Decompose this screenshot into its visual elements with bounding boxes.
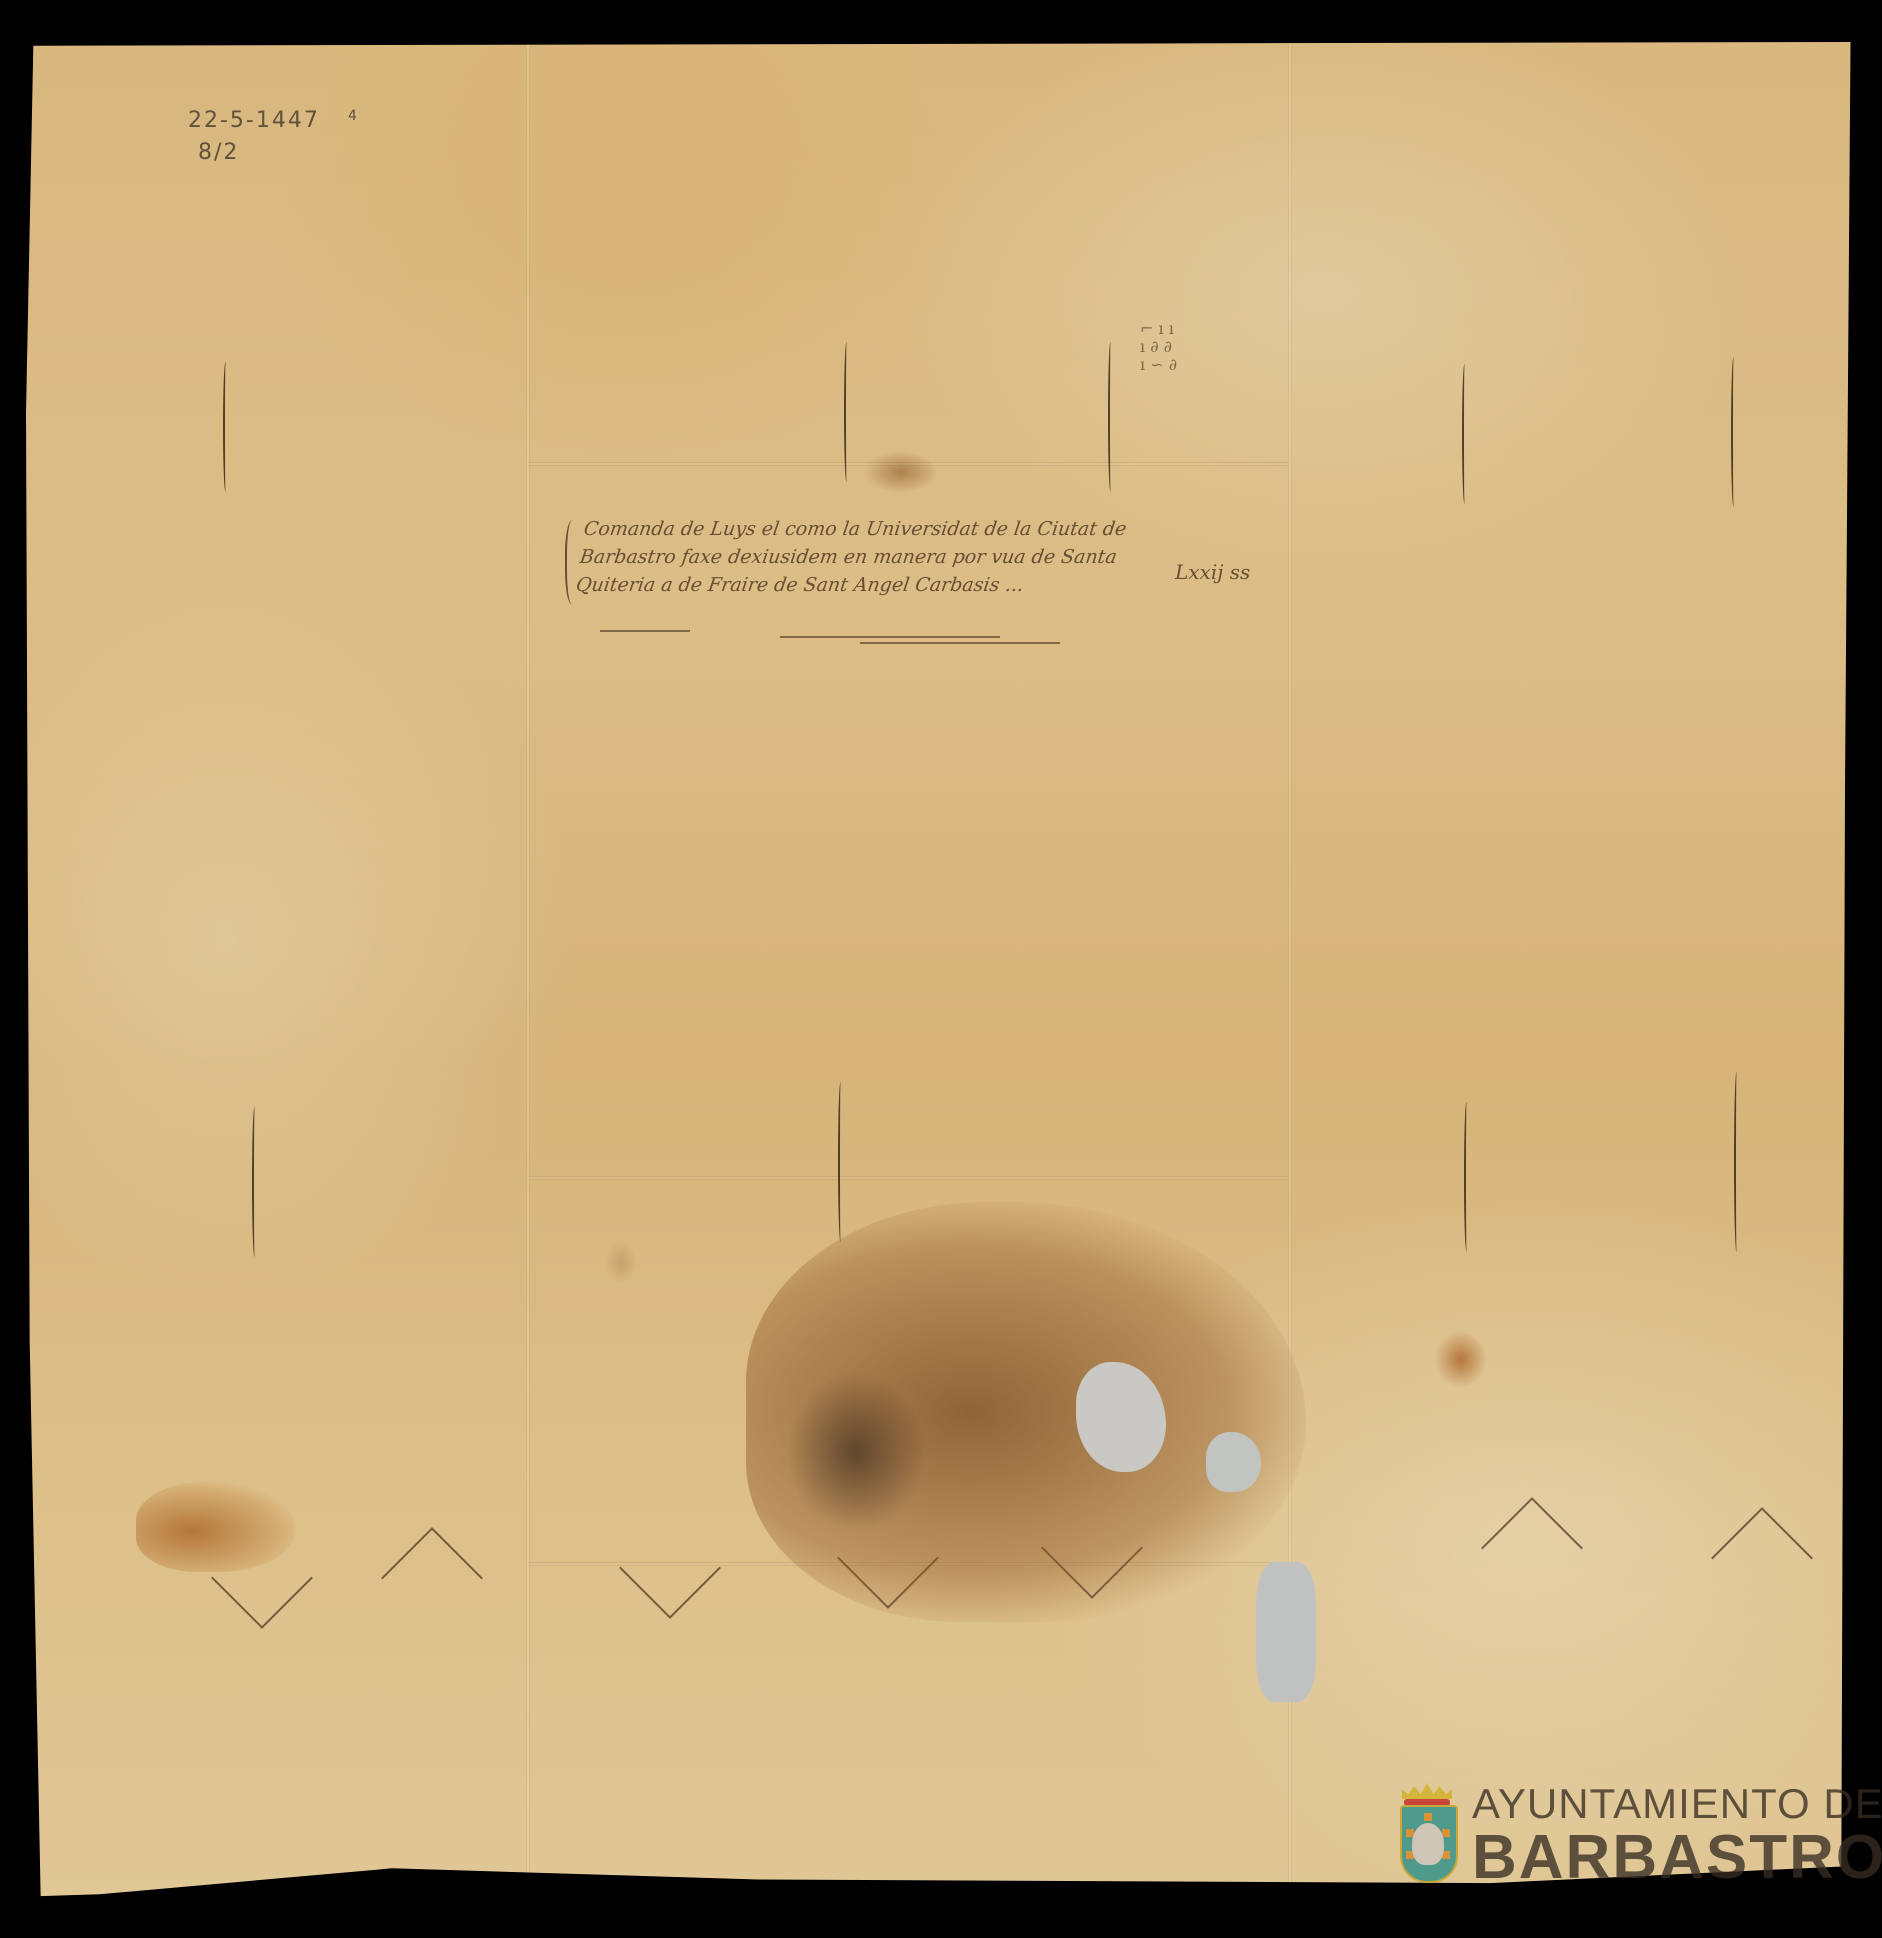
pencil-reference: 8/2 — [198, 140, 239, 165]
underline-stroke — [860, 642, 1060, 644]
endorsement-line: Comanda de Luys el como la Universidat d… — [582, 515, 1186, 543]
marginal-marks: ⌐ ı ıı ∂ ∂ı ∽ ∂ — [1140, 320, 1177, 374]
chevron-cut — [619, 1517, 721, 1619]
slit-cut — [252, 1107, 257, 1257]
slit-cut — [1464, 1102, 1469, 1252]
watermark-logo: AYUNTAMIENTO DE BARBASTRO — [1396, 1783, 1882, 1889]
fold-line-vertical — [526, 42, 530, 1898]
slit-cut — [1462, 364, 1467, 504]
endorsement-line: Barbastro faxe dexiusidem en manera por … — [578, 543, 1182, 571]
parchment-document — [26, 42, 1856, 1898]
pencil-date: 22-5-1447 — [188, 108, 320, 133]
paper-loss — [1206, 1432, 1261, 1492]
chevron-cut — [381, 1527, 483, 1629]
slit-cut — [838, 1082, 843, 1242]
watermark-line2: BARBASTRO — [1472, 1827, 1882, 1889]
endorsement-side-note: Lxxij ss — [1175, 560, 1250, 584]
water-stain — [136, 1482, 296, 1572]
corner-mark: 4 — [348, 108, 359, 124]
chevron-cut — [1711, 1507, 1813, 1609]
slit-cut — [1734, 1072, 1739, 1252]
fold-line-horizontal — [528, 1176, 1288, 1180]
slit-cut — [1731, 357, 1736, 507]
underline-stroke — [600, 630, 690, 632]
chevron-cut — [1481, 1497, 1583, 1599]
water-stain — [866, 452, 936, 492]
endorsement-line: Quiteria a de Fraire de Sant Angel Carba… — [574, 571, 1178, 599]
slit-cut — [844, 342, 849, 482]
coat-of-arms-icon — [1396, 1783, 1458, 1881]
slit-cut — [223, 362, 228, 492]
underline-stroke — [780, 636, 1000, 638]
paper-loss — [1256, 1562, 1316, 1702]
endorsement-text: Comanda de Luys el como la Universidat d… — [574, 515, 1186, 599]
slit-cut — [1108, 342, 1113, 492]
water-stain — [606, 1242, 636, 1282]
water-stain — [1436, 1332, 1486, 1387]
watermark-line1: AYUNTAMIENTO DE — [1472, 1783, 1882, 1825]
